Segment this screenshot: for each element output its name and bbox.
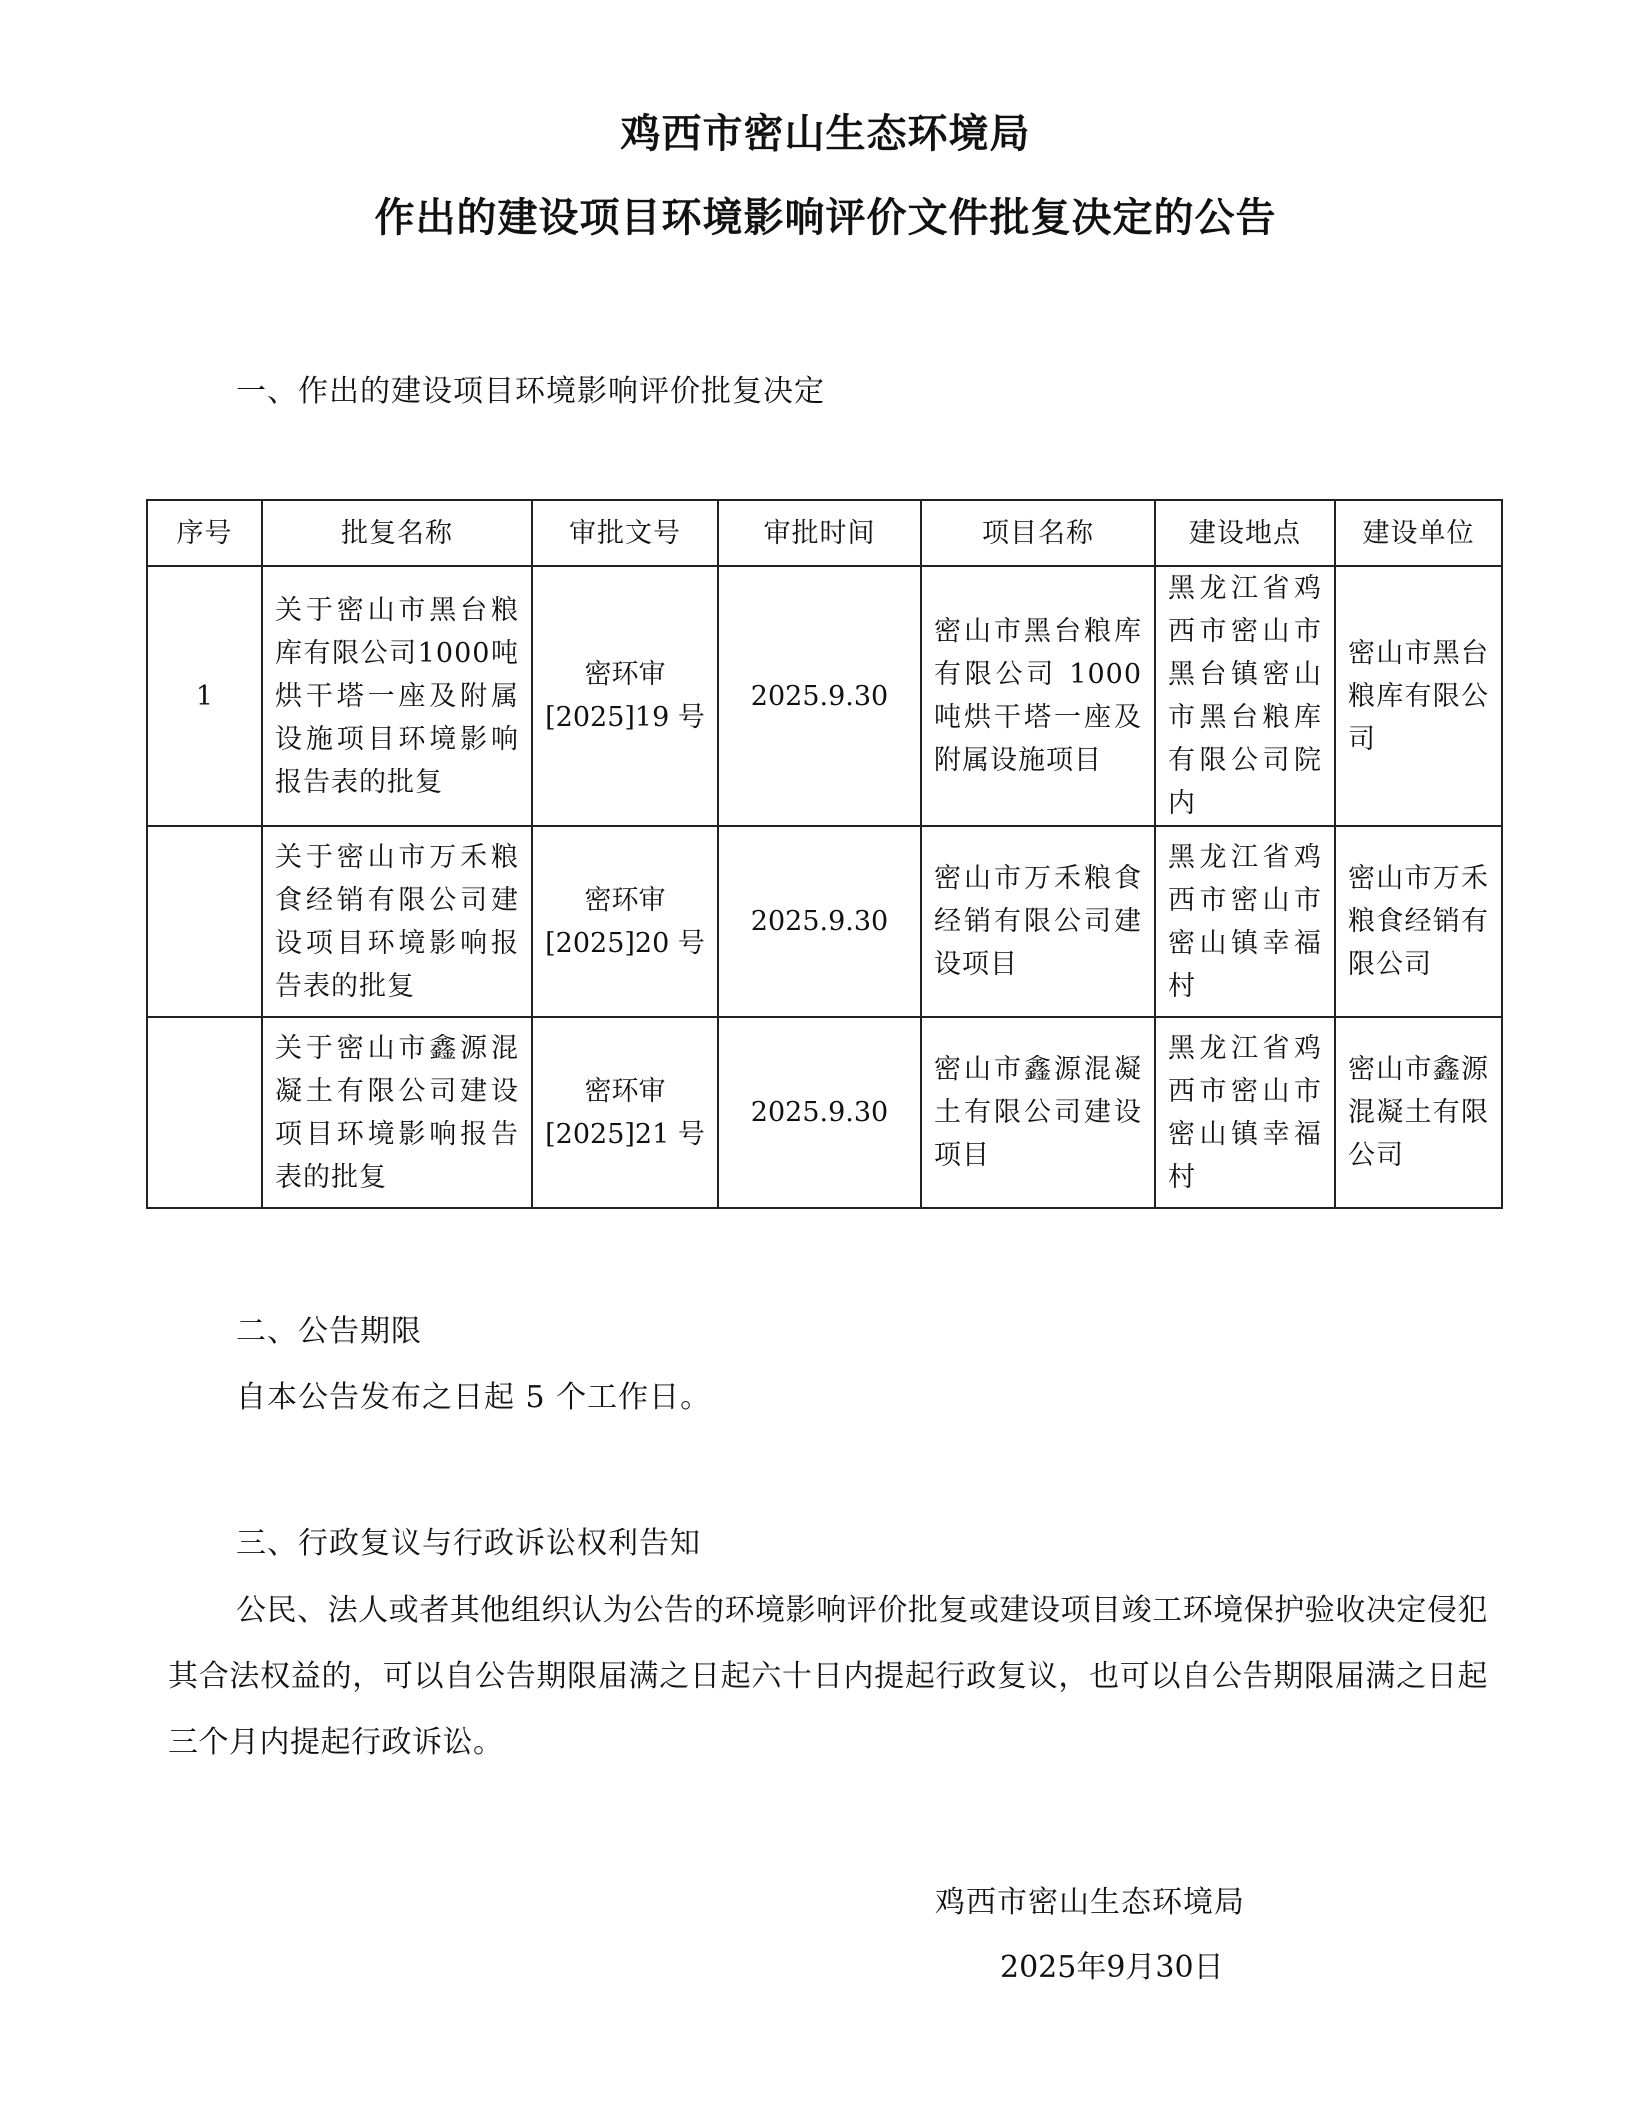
cell-date: 2025.9.30 [718,566,921,826]
doc-no-number: [2025]19 号 [545,696,705,739]
cell-doc-no: 密环审[2025]19 号 [532,566,718,826]
doc-no-prefix: 密环审 [545,653,705,696]
section2-body: 自本公告发布之日起 5 个工作日。 [236,1372,711,1416]
cell-location: 黑龙江省鸡西市密山市密山镇幸福村 [1155,826,1335,1017]
header-date: 审批时间 [718,500,921,566]
cell-project-name: 密山市黑台粮库有限公司 1000 吨烘干塔一座及附属设施项目 [921,566,1155,826]
header-builder: 建设单位 [1335,500,1502,566]
cell-date: 2025.9.30 [718,826,921,1017]
cell-project-name: 密山市万禾粮食经销有限公司建设项目 [921,826,1155,1017]
cell-doc-no: 密环审[2025]20 号 [532,826,718,1017]
document-title-line2: 作出的建设项目环境影响评价文件批复决定的公告 [0,186,1651,243]
header-seq: 序号 [147,500,262,566]
cell-seq: 1 [147,566,262,826]
section2-heading: 二、公告期限 [236,1306,422,1350]
cell-approval-name: 关于密山市鑫源混凝土有限公司建设项目环境影响报告表的批复 [262,1017,532,1208]
section1-heading: 一、作出的建设项目环境影响评价批复决定 [236,366,825,410]
cell-project-name: 密山市鑫源混凝土有限公司建设项目 [921,1017,1155,1208]
cell-builder: 密山市万禾粮食经销有限公司 [1335,826,1502,1017]
table-row: 关于密山市鑫源混凝土有限公司建设项目环境影响报告表的批复 密环审[2025]21… [147,1017,1502,1208]
doc-no-prefix: 密环审 [545,1070,705,1113]
table-header-row: 序号 批复名称 审批文号 审批时间 项目名称 建设地点 建设单位 [147,500,1502,566]
signature-organization: 鸡西市密山生态环境局 [935,1877,1245,1921]
header-location: 建设地点 [1155,500,1335,566]
document-title-line1: 鸡西市密山生态环境局 [0,102,1651,159]
doc-no-prefix: 密环审 [545,879,705,922]
cell-seq [147,826,262,1017]
table-row: 1 关于密山市黑台粮库有限公司1000吨烘干塔一座及附属设施项目环境影响报告表的… [147,566,1502,826]
signature-date: 2025年9月30日 [1000,1942,1224,1986]
cell-date: 2025.9.30 [718,1017,921,1208]
cell-doc-no: 密环审[2025]21 号 [532,1017,718,1208]
doc-no-number: [2025]20 号 [545,922,705,965]
header-approval-name: 批复名称 [262,500,532,566]
header-project-name: 项目名称 [921,500,1155,566]
cell-seq [147,1017,262,1208]
approval-table: 序号 批复名称 审批文号 审批时间 项目名称 建设地点 建设单位 1 关于密山市… [146,499,1503,1209]
cell-location: 黑龙江省鸡西市密山市密山镇幸福村 [1155,1017,1335,1208]
doc-no-number: [2025]21 号 [545,1113,705,1156]
table-row: 关于密山市万禾粮食经销有限公司建设项目环境影响报告表的批复 密环审[2025]2… [147,826,1502,1017]
section3-heading: 三、行政复议与行政诉讼权利告知 [236,1518,701,1562]
cell-location: 黑龙江省鸡西市密山市黑台镇密山市黑台粮库有限公司院内 [1155,566,1335,826]
cell-approval-name: 关于密山市万禾粮食经销有限公司建设项目环境影响报告表的批复 [262,826,532,1017]
cell-builder: 密山市黑台粮库有限公司 [1335,566,1502,826]
section3-body: 公民、法人或者其他组织认为公告的环境影响评价批复或建设项目竣工环境保护验收决定侵… [168,1578,1488,1776]
cell-builder: 密山市鑫源混凝土有限公司 [1335,1017,1502,1208]
header-doc-no: 审批文号 [532,500,718,566]
cell-approval-name: 关于密山市黑台粮库有限公司1000吨烘干塔一座及附属设施项目环境影响报告表的批复 [262,566,532,826]
